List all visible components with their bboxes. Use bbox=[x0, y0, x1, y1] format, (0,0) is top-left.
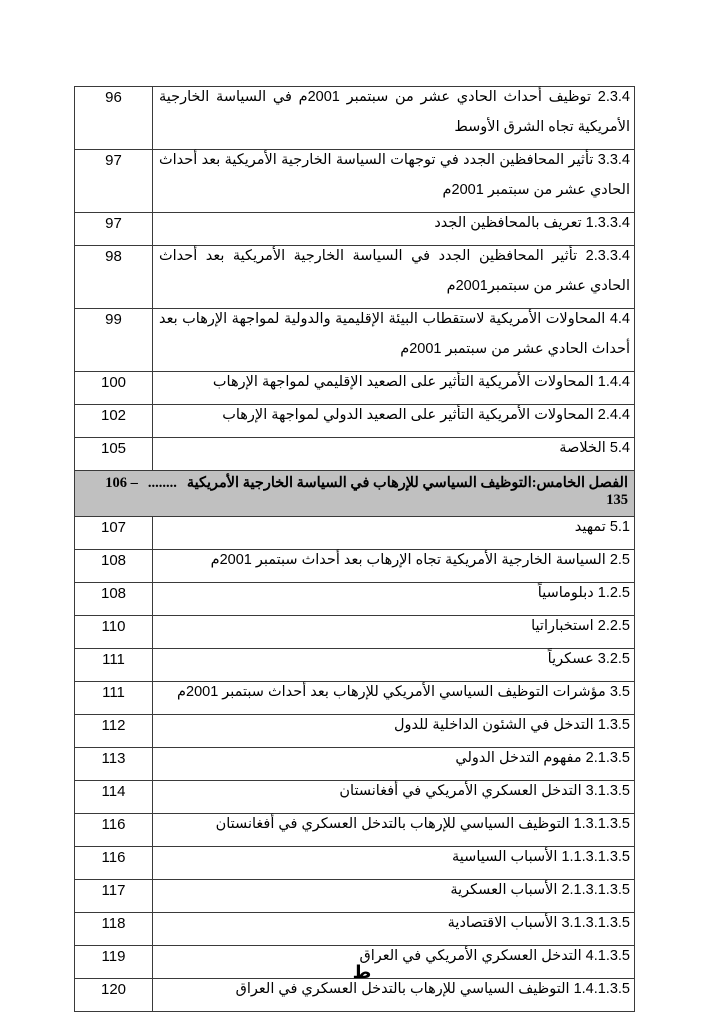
toc-page-number: 110 bbox=[75, 616, 153, 649]
toc-entry-title: 2.3.3.4 تأثير المحافظين الجدد في السياسة… bbox=[159, 241, 630, 301]
chapter-leader-dots: ........ bbox=[148, 475, 177, 491]
toc-row: 1201.4.1.3.5 التوظيف السياسي للإرهاب بال… bbox=[75, 979, 635, 1012]
toc-entry-title: 4.4 المحاولات الأمريكية لاستقطاب البيئة … bbox=[159, 304, 630, 364]
toc-entry-title: 2.1.3.5 مفهوم التدخل الدولي bbox=[159, 743, 630, 773]
chapter-header-cell: الفصل الخامس:التوظيف السياسي للإرهاب في … bbox=[75, 471, 635, 517]
chapter-header-row: الفصل الخامس:التوظيف السياسي للإرهاب في … bbox=[75, 471, 635, 517]
toc-row: 973.3.4 تأثير المحافظين الجدد في توجهات … bbox=[75, 150, 635, 213]
toc-entry-title: 1.4.4 المحاولات الأمريكية التأثير على ال… bbox=[159, 367, 630, 397]
toc-page-number: 116 bbox=[75, 847, 153, 880]
toc-entry-title: 3.1.3.1.3.5 الأسباب الاقتصادية bbox=[159, 908, 630, 938]
toc-entry-title: 2.3.4 توظيف أحداث الحادي عشر من سبتمبر 2… bbox=[159, 82, 630, 142]
toc-page-number: 105 bbox=[75, 438, 153, 471]
toc-entry-cell: 4.4 المحاولات الأمريكية لاستقطاب البيئة … bbox=[153, 309, 635, 372]
page-number: ط bbox=[0, 962, 724, 983]
toc-page-number: 116 bbox=[75, 814, 153, 847]
toc-entry-title: 5.1 تمهيد bbox=[159, 512, 630, 542]
toc-page-number: 99 bbox=[75, 309, 153, 372]
toc-entry-cell: 1.4.1.3.5 التوظيف السياسي للإرهاب بالتدخ… bbox=[153, 979, 635, 1012]
toc-entry-title: 3.5 مؤشرات التوظيف السياسي الأمريكي للإر… bbox=[159, 677, 630, 707]
toc-page-number: 117 bbox=[75, 880, 153, 913]
toc-entry-title: 2.5 السياسة الخارجية الأمريكية تجاه الإر… bbox=[159, 545, 630, 575]
toc-page-number: 120 bbox=[75, 979, 153, 1012]
toc-entry-title: 2.2.5 استخباراتيا bbox=[159, 611, 630, 641]
toc-entry-title: 1.1.3.1.3.5 الأسباب السياسية bbox=[159, 842, 630, 872]
toc-page-number: 97 bbox=[75, 150, 153, 213]
toc-page-number: 108 bbox=[75, 550, 153, 583]
toc-row: 1055.4 الخلاصة bbox=[75, 438, 635, 471]
toc-page-number: 111 bbox=[75, 682, 153, 715]
chapter-title: الفصل الخامس:التوظيف السياسي للإرهاب في … bbox=[187, 475, 628, 491]
toc-entry-cell: 3.3.4 تأثير المحافظين الجدد في توجهات ال… bbox=[153, 150, 635, 213]
toc-entry-title: 1.3.1.3.5 التوظيف السياسي للإرهاب بالتدخ… bbox=[159, 809, 630, 839]
toc-row: 962.3.4 توظيف أحداث الحادي عشر من سبتمبر… bbox=[75, 87, 635, 150]
toc-entry-title: 3.3.4 تأثير المحافظين الجدد في توجهات ال… bbox=[159, 145, 630, 205]
toc-page-number: 98 bbox=[75, 246, 153, 309]
toc-entry-title: 1.2.5 دبلوماسياً bbox=[159, 578, 630, 608]
toc-entry-cell: 5.4 الخلاصة bbox=[153, 438, 635, 471]
toc-body: 962.3.4 توظيف أحداث الحادي عشر من سبتمبر… bbox=[75, 87, 635, 1012]
toc-entry-title: 2.1.3.1.3.5 الأسباب العسكرية bbox=[159, 875, 630, 905]
toc-page-number: 96 bbox=[75, 87, 153, 150]
toc-entry-title: 3.1.3.5 التدخل العسكري الأمريكي في أفغان… bbox=[159, 776, 630, 806]
toc-page-number: 118 bbox=[75, 913, 153, 946]
toc-entry-cell: 2.3.4 توظيف أحداث الحادي عشر من سبتمبر 2… bbox=[153, 87, 635, 150]
toc-entry-cell: 2.3.3.4 تأثير المحافظين الجدد في السياسة… bbox=[153, 246, 635, 309]
toc-page-number: 107 bbox=[75, 517, 153, 550]
toc-entry-title: 1.3.5 التدخل في الشئون الداخلية للدول bbox=[159, 710, 630, 740]
toc-entry-title: 1.3.3.4 تعريف بالمحافظين الجدد bbox=[159, 208, 630, 238]
toc-page-number: 112 bbox=[75, 715, 153, 748]
toc-entry-title: 5.4 الخلاصة bbox=[159, 433, 630, 463]
toc-entry-title: 3.2.5 عسكرياً bbox=[159, 644, 630, 674]
toc-page-number: 108 bbox=[75, 583, 153, 616]
toc-entry-title: 2.4.4 المحاولات الأمريكية التأثير على ال… bbox=[159, 400, 630, 430]
toc-row: 982.3.3.4 تأثير المحافظين الجدد في السيا… bbox=[75, 246, 635, 309]
toc-page-number: 102 bbox=[75, 405, 153, 438]
toc-page-number: 113 bbox=[75, 748, 153, 781]
toc-page-number: 111 bbox=[75, 649, 153, 682]
toc-page-number: 114 bbox=[75, 781, 153, 814]
toc-page-number: 100 bbox=[75, 372, 153, 405]
table-of-contents: 962.3.4 توظيف أحداث الحادي عشر من سبتمبر… bbox=[74, 86, 635, 1012]
toc-page-number: 97 bbox=[75, 213, 153, 246]
toc-row: 994.4 المحاولات الأمريكية لاستقطاب البيئ… bbox=[75, 309, 635, 372]
